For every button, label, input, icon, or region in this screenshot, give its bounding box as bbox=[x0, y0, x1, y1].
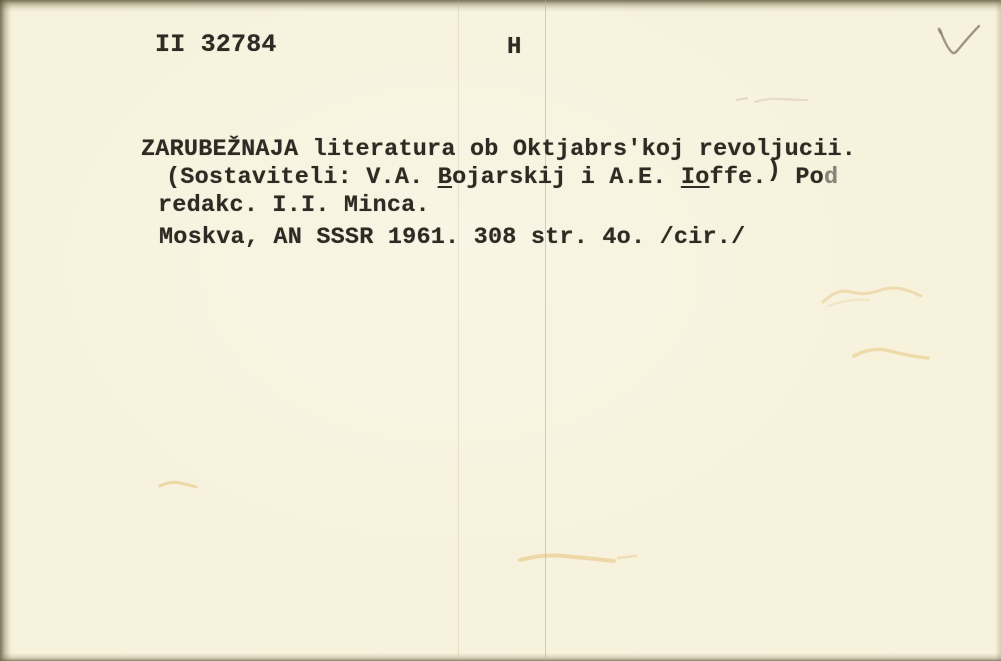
entry-imprint-line: Moskva, AN SSSR 1961. 308 str. 4o. /cir.… bbox=[159, 226, 745, 250]
entry-statement-line: (Sostaviteli: V.A. Bojarskij i A.E. Ioff… bbox=[166, 166, 838, 190]
statement-text: (Sostaviteli: V.A. bbox=[166, 164, 438, 191]
faint-vertical-line bbox=[458, 0, 459, 661]
underlined-initial: B bbox=[438, 164, 452, 191]
card-edge-top bbox=[0, 0, 1001, 12]
faint-pencil-dashes bbox=[733, 90, 813, 110]
raised-paren: ) bbox=[767, 157, 781, 184]
pencil-checkmark-icon bbox=[930, 18, 992, 66]
statement-text: ffe. bbox=[710, 164, 767, 191]
entry-editor-line: redakc. I.I. Minca. bbox=[158, 194, 430, 218]
yellow-smudge-icon bbox=[815, 274, 933, 312]
yellow-smudge-icon bbox=[512, 546, 644, 574]
library-catalog-card: II 32784 H ZARUBEŽNAJA literatura ob Okt… bbox=[0, 0, 1001, 661]
yellow-smudge-icon bbox=[846, 340, 936, 368]
underlined-initial: Io bbox=[681, 164, 710, 191]
entry-title-line: ZARUBEŽNAJA literatura ob Oktjabrs'koj r… bbox=[141, 138, 856, 162]
statement-text: Po bbox=[781, 164, 824, 191]
card-edge-right bbox=[995, 0, 1001, 661]
call-number: II 32784 bbox=[155, 33, 277, 57]
card-edge-left bbox=[0, 0, 12, 661]
faint-letter: d bbox=[824, 164, 838, 191]
statement-text: ojarskij i A.E. bbox=[452, 164, 681, 191]
yellow-smudge-icon bbox=[154, 474, 202, 498]
card-edge-bottom bbox=[0, 653, 1001, 661]
center-fold-line bbox=[545, 0, 546, 661]
heading-letter: H bbox=[507, 36, 522, 60]
